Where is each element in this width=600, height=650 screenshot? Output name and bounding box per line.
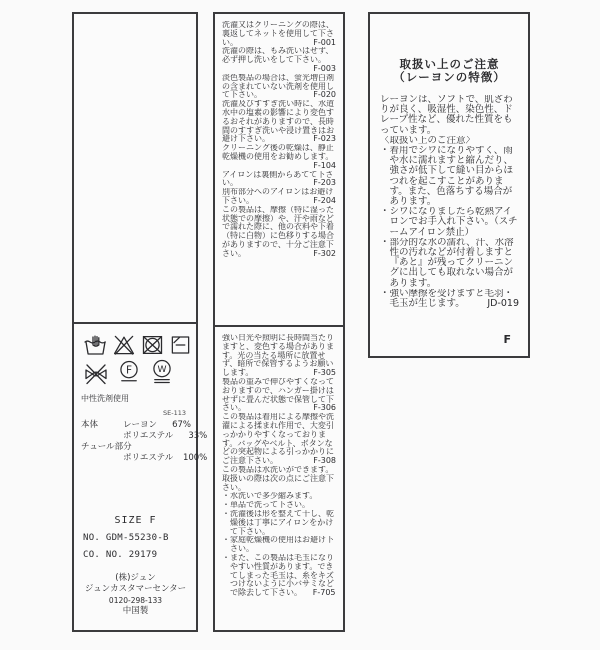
jd-code: JD-019 <box>497 299 519 309</box>
hand-wash-icon <box>83 334 108 356</box>
phone-number: 0120-298-133 <box>81 595 190 606</box>
rayon-notice-content: 取扱い上のご注意 （レーヨンの特徴） レーヨンは、ソフトで、肌ざわりが良く、吸湿… <box>370 14 528 356</box>
care-note: 強い日光や照明に長時間当たりますと、変色する場合があります。光の当たる場所に放置… <box>222 334 336 378</box>
care-note-code: F-305 <box>313 369 336 378</box>
care-note: ・また、この製品は毛玉になりやすい性質があります。できてしまった毛玉は、糸をキズ… <box>222 554 336 598</box>
care-note-code: F-001 <box>313 39 336 48</box>
product-id-block: SIZE F NO. GDM-55230-B CO. NO. 29179 <box>81 515 190 560</box>
care-note: ・単品で洗って下さい。 <box>222 501 336 510</box>
co-number: CO. NO. 29179 <box>81 550 190 560</box>
care-note-code: F-023 <box>313 135 336 144</box>
composition-material: レーヨン <box>123 420 157 431</box>
wet-clean-w-icon: W <box>151 359 173 385</box>
notice-item: ・着用でシワになりやすく、雨や水に濡れますと縮んだり、強さが低下して縫い目からほ… <box>380 146 519 207</box>
country-of-origin: 中国製 <box>81 606 190 617</box>
care-label-sheet: F W 中性洗剤使用 SE-113 本体 レーヨン <box>0 0 600 650</box>
care-tag-left: F W 中性洗剤使用 SE-113 本体 レーヨン <box>72 12 198 632</box>
care-note-code: F-306 <box>313 404 336 413</box>
care-symbols-row-1 <box>83 334 190 356</box>
composition-part <box>81 453 123 464</box>
composition-percentage: 67% <box>157 420 193 431</box>
composition-part: チュール部分 <box>81 442 123 453</box>
care-note: この製品は、摩擦（特に湿った状態での摩擦）や、汗や雨などで濡れた際に、他の衣料や… <box>222 206 336 259</box>
no-tumble-dry-icon <box>140 334 165 356</box>
washing-instructions-bottom: 強い日光や照明に長時間当たりますと、変色する場合があります。光の当たる場所に放置… <box>215 327 343 598</box>
care-note: ・洗濯後は形を整えて干し、乾燥後は丁寧にアイロンをかけて下さい。 <box>222 510 336 536</box>
care-note: ・家庭乾燥機の使用はお避け下さい。 <box>222 536 336 554</box>
care-note: ・水洗いで多少縮みます。 <box>222 492 336 501</box>
composition-percentage: 33% <box>173 431 209 442</box>
neutral-detergent-note: 中性洗剤使用 <box>81 393 190 404</box>
composition-row: チュール部分 <box>81 442 190 453</box>
dry-clean-f-icon: F <box>118 360 140 385</box>
notice-body: レーヨンは、ソフトで、肌ざわりが良く、吸湿性、染色性、ドレープ性など、優れた性質… <box>380 95 519 309</box>
care-note-text: ・洗濯後は形を整えて干し、乾燥後は丁寧にアイロンをかけて下さい。 <box>222 510 334 536</box>
composition-row: ポリエステル 100% <box>81 453 190 464</box>
care-note-text: クリーニング後の乾燥は、静止乾燥機の使用をお勧めします。 <box>222 144 334 161</box>
care-note-text: ・水洗いで多少縮みます。 <box>222 492 317 500</box>
notice-item: ・部分的な水の濡れ、汗、水溶性の汚れなどが付着しますと『あと』が残ってクリーニン… <box>380 238 519 289</box>
rayon-intro: レーヨンは、ソフトで、肌ざわりが良く、吸湿性、染色性、ドレープ性など、優れた性質… <box>380 95 519 136</box>
composition-part: 本体 <box>81 420 123 431</box>
notice-item: ・シワになりましたら乾熱アイロンでお手入れ下さい。（スチームアイロン禁止） <box>380 207 519 238</box>
care-note-code: F-705 <box>321 589 336 598</box>
notice-title-line2: （レーヨンの特徴） <box>380 71 519 84</box>
care-note-code: F-302 <box>313 250 336 259</box>
company-name: (株)ジュン <box>81 573 190 584</box>
composition-material: ポリエステル <box>123 453 173 464</box>
notice-item-text: ・シワになりましたら乾熱アイロンでお手入れ下さい。（スチームアイロン禁止） <box>380 207 518 237</box>
composition-row: ポリエステル 33% <box>81 431 190 442</box>
notice-item-text: ・着用でシワになりやすく、雨や水に濡れますと縮んだり、強さが低下して縫い目からほ… <box>380 146 513 207</box>
svg-text:F: F <box>126 364 132 376</box>
dry-flat-shade-icon <box>169 334 192 356</box>
notice-item-text: ・部分的な水の濡れ、汗、水溶性の汚れなどが付着しますと『あと』が残ってクリーニン… <box>380 238 514 289</box>
handling-subheading: 〈取扱い上のご注意〉 <box>380 136 519 146</box>
care-tag-middle: 洗濯又はクリーニングの際は、裏返してネットを使用して下さい。F-001 洗濯の際… <box>213 12 345 632</box>
item-number: NO. GDM-55230-B <box>81 533 190 543</box>
composition-material: ポリエステル <box>123 431 173 442</box>
care-note: 洗濯の際は、もみ洗いはせず、必ず押し洗いをして下さい。F-003 <box>222 47 336 73</box>
maker-block: (株)ジュン ジュンカスタマーセンター 0120-298-133 中国製 <box>81 573 190 617</box>
composition-material <box>123 442 154 453</box>
care-note-code: F-308 <box>313 457 336 466</box>
care-note-code: F-020 <box>313 91 336 100</box>
notice-title: 取扱い上のご注意 （レーヨンの特徴） <box>380 58 519 84</box>
composition-percentage <box>154 442 190 453</box>
care-note: 洗濯又はクリーニングの際は、裏返してネットを使用して下さい。F-001 <box>222 21 336 47</box>
notice-item: ・強い摩擦を受けますと毛羽・毛玉が生じます。JD-019 <box>380 289 519 309</box>
care-note: 製品の重みで伸びやすくなっておりますので、ハンガー掛けはせずに畳んだ状態で保管し… <box>222 378 336 413</box>
tag-footer-letter: F <box>503 333 512 346</box>
care-note: 淡色製品の場合は、蛍光増白剤の含まれていない洗剤を使用して下さい。F-020 <box>222 74 336 100</box>
no-bleach-icon <box>112 334 136 356</box>
no-wring-icon <box>83 363 109 385</box>
composition-table: 本体 レーヨン 67% ポリエステル 33% チュール部分 ポリエステル <box>81 420 190 464</box>
size-label: SIZE F <box>81 515 190 526</box>
care-note: 洗濯及びすすぎ洗い時に、水道水中の塩素の影響により変色するおそれがありますので、… <box>222 100 336 144</box>
care-symbols-row-2: F W <box>83 359 190 385</box>
print-code: SE-113 <box>81 409 186 417</box>
rayon-notice-tag: 取扱い上のご注意 （レーヨンの特徴） レーヨンは、ソフトで、肌ざわりが良く、吸湿… <box>368 12 530 358</box>
care-note-code: F-104 <box>313 162 336 171</box>
care-note-text: この製品は水洗いができます。取扱いの際は次の点にご注意下さい。 <box>222 466 334 492</box>
composition-row: 本体 レーヨン 67% <box>81 420 190 431</box>
care-note-text: 洗濯の際は、もみ洗いはせず、必ず押し洗いをして下さい。 <box>222 47 333 64</box>
composition-percentage: 100% <box>173 453 209 464</box>
care-note-text: ・単品で洗って下さい。 <box>222 501 310 509</box>
care-note: 別布部分へのアイロンはお避け下さい。F-204 <box>222 188 336 206</box>
care-note: この製品は水洗いができます。取扱いの際は次の点にご注意下さい。 <box>222 466 336 492</box>
composition-part <box>81 431 123 442</box>
left-tag-content: F W 中性洗剤使用 SE-113 本体 レーヨン <box>74 324 196 630</box>
care-note: クリーニング後の乾燥は、静止乾燥機の使用をお勧めします。F-104 <box>222 144 336 170</box>
customer-center: ジュンカスタマーセンター <box>81 584 190 595</box>
care-note-text: ・家庭乾燥機の使用はお避け下さい。 <box>222 536 334 553</box>
care-note-code: F-204 <box>313 197 336 206</box>
washing-instructions-top: 洗濯又はクリーニングの際は、裏返してネットを使用して下さい。F-001 洗濯の際… <box>215 14 343 259</box>
care-note: アイロンは裏側からあてて下さい。F-203 <box>222 171 336 189</box>
care-note-code: F-203 <box>313 179 336 188</box>
care-note: この製品は着用による摩擦や洗濯による揉まれ作用で、大変引っかかりやすくなっており… <box>222 413 336 466</box>
care-note-code: F-003 <box>313 65 336 74</box>
svg-text:W: W <box>157 365 166 375</box>
